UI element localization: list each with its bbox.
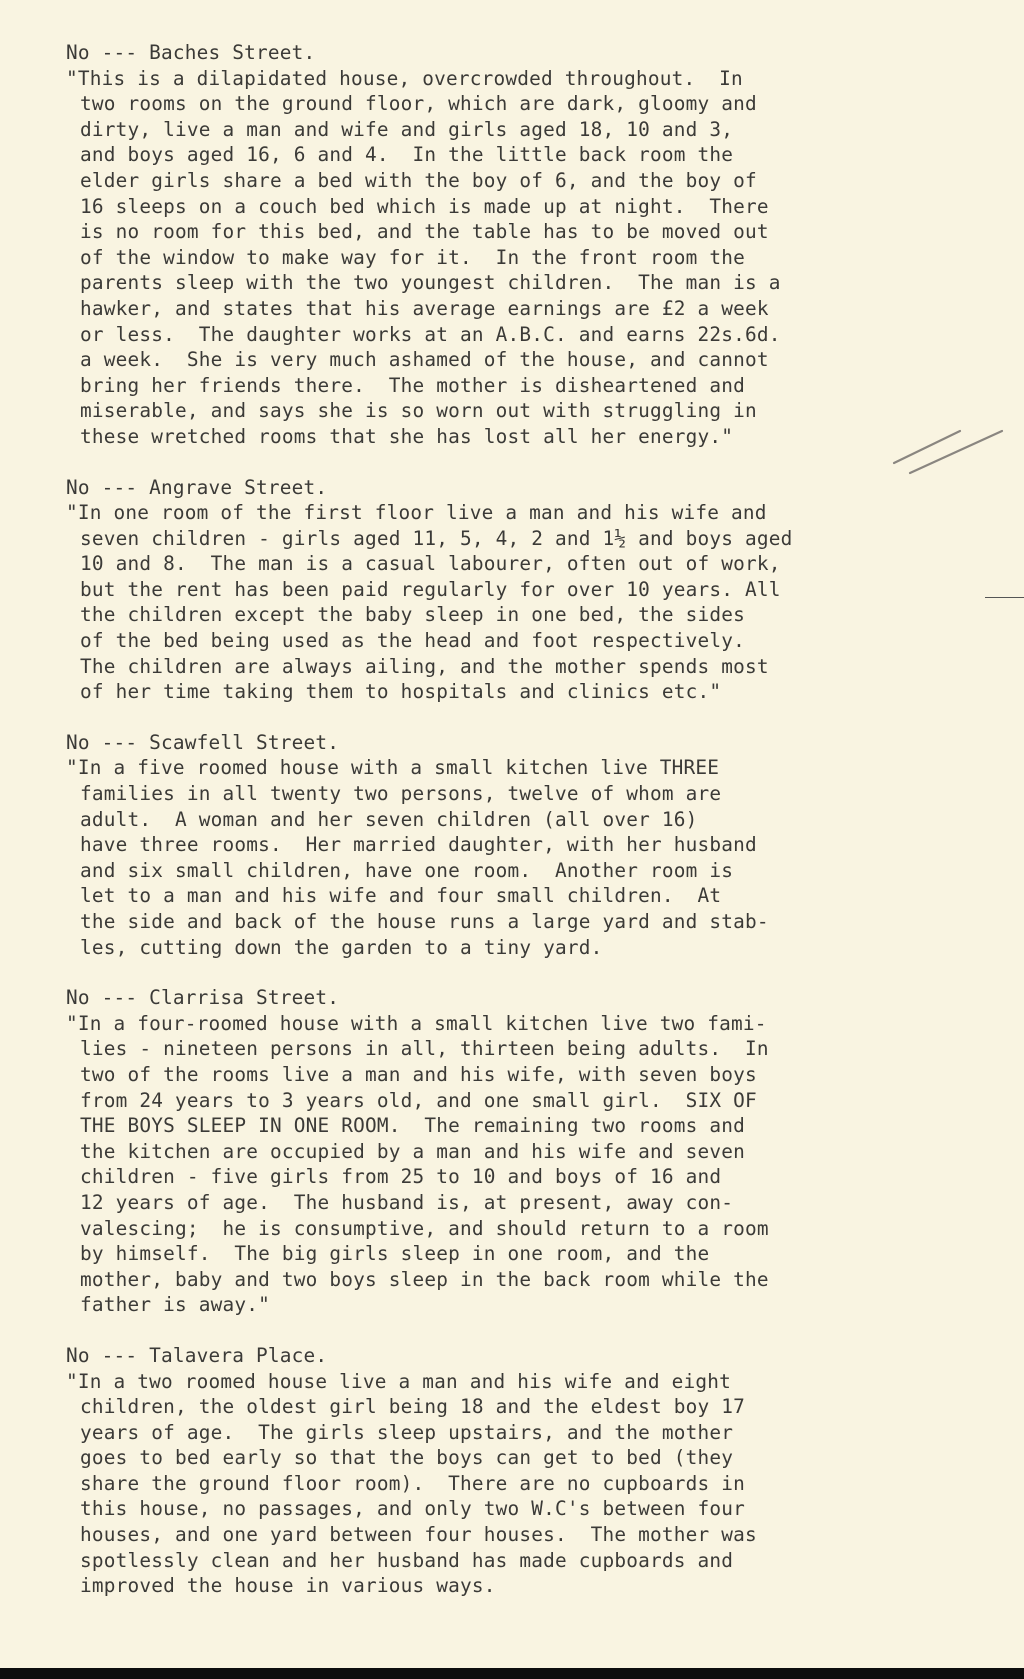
- entry-line: this house, no passages, and only two W.…: [66, 1496, 1006, 1522]
- entry-line: goes to bed early so that the boys can g…: [66, 1445, 1006, 1471]
- entry-line: lies - nineteen persons in all, thirteen…: [66, 1036, 1006, 1062]
- scan-bottom-edge: [0, 1668, 1024, 1679]
- entry-heading: No --- Angrave Street.: [66, 475, 1006, 501]
- entry-line: "In a two roomed house live a man and hi…: [66, 1369, 1006, 1395]
- entry-heading: No --- Baches Street.: [66, 40, 1006, 66]
- entry-line: miserable, and says she is so worn out w…: [66, 398, 1006, 424]
- entry-line: improved the house in various ways.: [66, 1573, 1006, 1599]
- entry-line: of her time taking them to hospitals and…: [66, 679, 1006, 705]
- entry-line: by himself. The big girls sleep in one r…: [66, 1241, 1006, 1267]
- entry-line: valescing; he is consumptive, and should…: [66, 1216, 1006, 1242]
- entry-line: father is away.": [66, 1292, 1006, 1318]
- entry-line: families in all twenty two persons, twel…: [66, 781, 1006, 807]
- entry-line: and six small children, have one room. A…: [66, 858, 1006, 884]
- entry-line: of the window to make way for it. In the…: [66, 245, 1006, 271]
- entry-line: share the ground floor room). There are …: [66, 1471, 1006, 1497]
- entry-line: "This is a dilapidated house, overcrowde…: [66, 66, 1006, 92]
- entry-line: a week. She is very much ashamed of the …: [66, 347, 1006, 373]
- entry-line: THE BOYS SLEEP IN ONE ROOM. The remainin…: [66, 1113, 1006, 1139]
- entry-line: bring her friends there. The mother is d…: [66, 373, 1006, 399]
- entry-line: let to a man and his wife and four small…: [66, 883, 1006, 909]
- entry-heading: No --- Clarrisa Street.: [66, 985, 1006, 1011]
- entry-line: "In one room of the first floor live a m…: [66, 500, 1006, 526]
- pencil-strike-marks: [890, 425, 1010, 485]
- entry-clarrisa-street: No --- Clarrisa Street. "In a four-roome…: [66, 985, 1006, 1318]
- entry-line: and boys aged 16, 6 and 4. In the little…: [66, 142, 1006, 168]
- typewritten-page: No --- Baches Street. "This is a dilapid…: [0, 0, 1024, 1668]
- entry-line: les, cutting down the garden to a tiny y…: [66, 935, 1006, 961]
- entry-line: "In a five roomed house with a small kit…: [66, 755, 1006, 781]
- entry-line: two of the rooms live a man and his wife…: [66, 1062, 1006, 1088]
- entry-line: the children except the baby sleep in on…: [66, 602, 1006, 628]
- entry-line: children - five girls from 25 to 10 and …: [66, 1164, 1006, 1190]
- entry-talavera-place: No --- Talavera Place. "In a two roomed …: [66, 1343, 1006, 1599]
- entry-line: 10 and 8. The man is a casual labourer, …: [66, 551, 1006, 577]
- entry-baches-street: No --- Baches Street. "This is a dilapid…: [66, 40, 1006, 450]
- entry-line: elder girls share a bed with the boy of …: [66, 168, 1006, 194]
- margin-line-mark: [985, 597, 1024, 598]
- entry-heading: No --- Scawfell Street.: [66, 730, 1006, 756]
- document-body: No --- Baches Street. "This is a dilapid…: [66, 40, 1006, 1624]
- entry-line: hawker, and states that his average earn…: [66, 296, 1006, 322]
- entry-line: 16 sleeps on a couch bed which is made u…: [66, 194, 1006, 220]
- entry-line: houses, and one yard between four houses…: [66, 1522, 1006, 1548]
- entry-scawfell-street: No --- Scawfell Street. "In a five roome…: [66, 730, 1006, 960]
- entry-line: adult. A woman and her seven children (a…: [66, 807, 1006, 833]
- entry-line: is no room for this bed, and the table h…: [66, 219, 1006, 245]
- entry-line: seven children - girls aged 11, 5, 4, 2 …: [66, 526, 1006, 552]
- entry-line: the kitchen are occupied by a man and hi…: [66, 1139, 1006, 1165]
- entry-line: have three rooms. Her married daughter, …: [66, 832, 1006, 858]
- entry-line: years of age. The girls sleep upstairs, …: [66, 1420, 1006, 1446]
- entry-line: from 24 years to 3 years old, and one sm…: [66, 1088, 1006, 1114]
- entry-line: 12 years of age. The husband is, at pres…: [66, 1190, 1006, 1216]
- entry-line: parents sleep with the two youngest chil…: [66, 270, 1006, 296]
- entry-line: The children are always ailing, and the …: [66, 654, 1006, 680]
- entry-heading: No --- Talavera Place.: [66, 1343, 1006, 1369]
- entry-line: the side and back of the house runs a la…: [66, 909, 1006, 935]
- entry-line: "In a four-roomed house with a small kit…: [66, 1011, 1006, 1037]
- entry-line: dirty, live a man and wife and girls age…: [66, 117, 1006, 143]
- entry-line: two rooms on the ground floor, which are…: [66, 91, 1006, 117]
- entry-line: or less. The daughter works at an A.B.C.…: [66, 322, 1006, 348]
- entry-line: spotlessly clean and her husband has mad…: [66, 1548, 1006, 1574]
- entry-line: these wretched rooms that she has lost a…: [66, 424, 1006, 450]
- entry-line: children, the oldest girl being 18 and t…: [66, 1394, 1006, 1420]
- entry-line: mother, baby and two boys sleep in the b…: [66, 1267, 1006, 1293]
- entry-angrave-street: No --- Angrave Street. "In one room of t…: [66, 475, 1006, 705]
- entry-line: but the rent has been paid regularly for…: [66, 577, 1006, 603]
- entry-line: of the bed being used as the head and fo…: [66, 628, 1006, 654]
